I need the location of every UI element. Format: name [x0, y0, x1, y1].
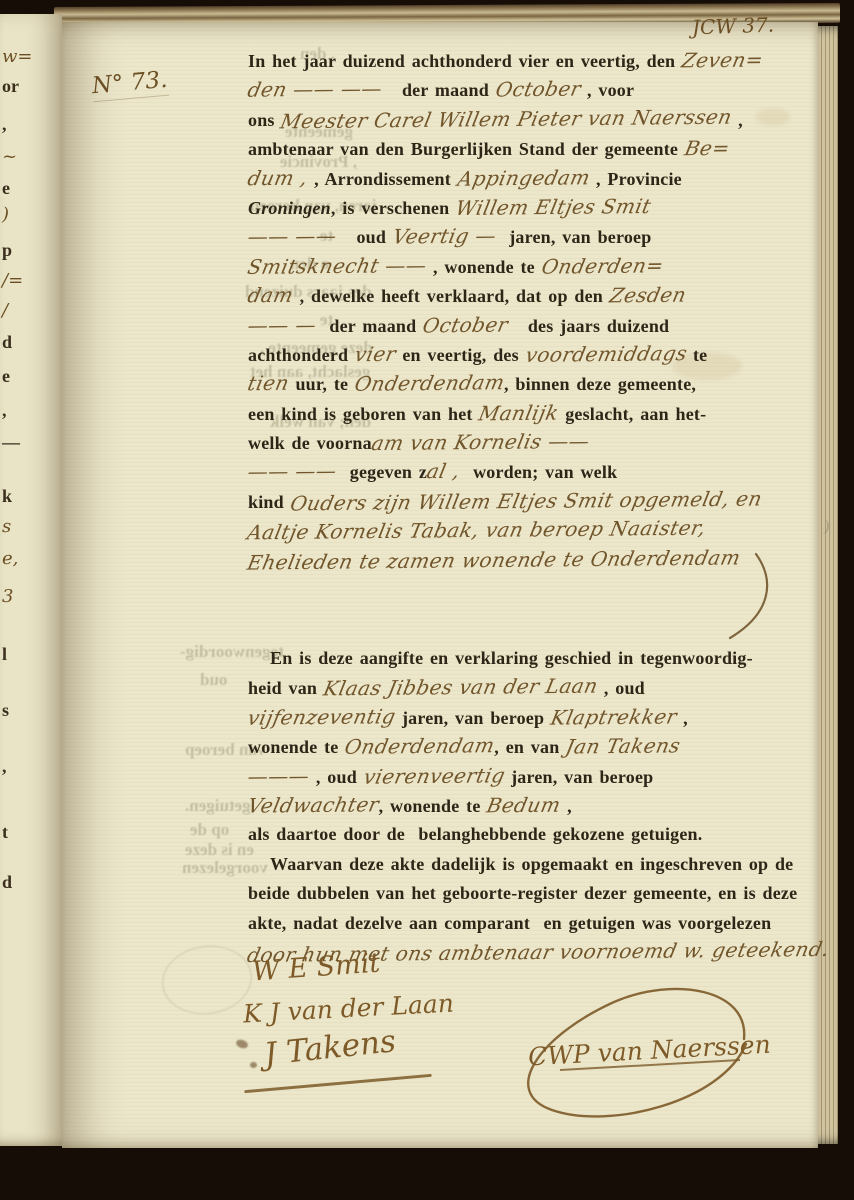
body-line: ons Meester Carel Willem Pieter van Naer…	[248, 105, 814, 134]
act-paragraph-birth-declaration: In het jaar duizend achthonderd vier en …	[248, 46, 814, 575]
printed-text: jaren, van beroep	[496, 227, 652, 247]
facing-page-text-fragment: p	[2, 240, 12, 261]
facing-page-text-fragment: e	[2, 366, 10, 387]
printed-text: ons	[248, 110, 281, 130]
body-line: den —— —— der maand October , voor	[248, 75, 814, 104]
handwritten-text: —— —	[245, 310, 319, 340]
body-line: dum , , Arrondissement Appingedam , Prov…	[248, 164, 814, 193]
handwritten-text: am van Kornelis ——	[369, 427, 592, 459]
facing-page-text-fragment: ,	[2, 400, 7, 421]
printed-text: des jaars duizend	[508, 316, 670, 336]
handwritten-text: voordemiddags	[522, 339, 689, 370]
printed-text: welk de voorna	[248, 433, 372, 453]
body-line: wonende te Onderdendam, en van Jan Taken…	[248, 732, 814, 761]
body-line: Waarvan deze akte dadelijk is opgemaakt …	[248, 850, 814, 879]
printed-text: en veertig, des	[396, 345, 526, 365]
handwritten-text: Manlijk	[476, 398, 561, 428]
body-line: Aaltje Kornelis Tabak, van beroep Naaist…	[248, 516, 814, 545]
printed-text: beide dubbelen van het geboorte-register…	[248, 883, 797, 903]
handwritten-text: Zeven=	[679, 46, 766, 76]
handwritten-text: Smitsknecht ——	[245, 251, 430, 282]
printed-text: der maand	[382, 80, 496, 100]
showthrough-text: oud	[200, 670, 227, 690]
printed-text: , Arrondissement	[307, 169, 457, 189]
pen-flourish	[718, 552, 780, 644]
act-paragraph-witnesses-closing: En is deze aangifte en verklaring geschi…	[248, 644, 814, 967]
handwritten-text: dam	[245, 281, 296, 311]
printed-text: , binnen deze gemeente,	[504, 374, 696, 394]
body-line: ambtenaar van den Burgerlijken Stand der…	[248, 134, 814, 163]
printed-text: , oud	[597, 678, 645, 698]
handwritten-text: Veertig —	[390, 222, 499, 252]
handwritten-text: vier	[352, 340, 399, 370]
body-line: dam , dewelke heeft verklaard, dat op de…	[248, 281, 814, 310]
body-line: —— — der maand October des jaars duizend	[248, 311, 814, 340]
printed-text: een kind is geboren van het	[248, 404, 479, 424]
handwritten-text: Jan Takens	[563, 732, 683, 763]
printed-text: achthonderd	[248, 345, 355, 365]
printed-text: wonende te	[248, 737, 345, 757]
printed-text: ambtenaar van den Burgerlijken Stand der…	[248, 139, 685, 159]
printed-text: , wonende te	[426, 257, 541, 277]
printed-text: te	[686, 345, 707, 365]
body-line: Groningen, is verschenen Willem Eltjes S…	[248, 193, 814, 222]
handwritten-text: October	[493, 75, 584, 105]
facing-page-text-fragment: ,	[2, 756, 7, 777]
handwritten-text: vijfenzeventig	[245, 702, 399, 733]
facing-page-text-fragment: t	[2, 822, 8, 843]
printed-text: , oud	[309, 767, 363, 787]
body-line: welk de voornaam van Kornelis ——	[248, 428, 814, 457]
printed-text: heid van	[248, 678, 324, 698]
body-line: akte, nadat dezelve aan comparant en get…	[248, 909, 814, 938]
body-line: achthonderd vier en veertig, des voordem…	[248, 340, 814, 369]
handwritten-text: Klaas Jibbes van der Laan	[321, 672, 601, 704]
handwritten-text: Onderdendam	[342, 731, 497, 762]
body-line: In het jaar duizend achthonderd vier en …	[248, 46, 814, 75]
body-line: kind Ouders zijn Willem Eltjes Smit opge…	[248, 487, 814, 516]
body-line: —— —— gegeven zal , worden; van welk	[248, 457, 814, 486]
handwritten-text: —— ——	[245, 222, 339, 252]
handwritten-text: Veldwachter	[245, 790, 382, 821]
body-line: tien uur, te Onderdendam, binnen deze ge…	[248, 369, 814, 398]
printed-text: als daartoe door de belanghebbende gekoz…	[248, 824, 702, 844]
handwritten-text: Onderdendam	[352, 369, 507, 400]
facing-page-text-fragment: l	[2, 644, 7, 665]
handwritten-text: vierenveertig	[361, 761, 508, 792]
handwritten-text: ———	[245, 761, 312, 791]
printed-text: gegeven z	[336, 462, 427, 482]
printed-text: , wonende te	[379, 796, 488, 816]
printed-text: En is deze aangifte en verklaring geschi…	[270, 648, 753, 668]
right-page-edges	[818, 26, 838, 1144]
handwritten-text: Appingedam	[455, 163, 593, 194]
facing-page-text-fragment: /	[2, 300, 8, 321]
printed-text: In het jaar duizend achthonderd vier en …	[248, 51, 682, 71]
body-line: Smitsknecht —— , wonende te Onderden=	[248, 252, 814, 281]
body-line: beide dubbelen van het geboorte-register…	[248, 879, 814, 908]
facing-page-text-fragment: ,	[2, 114, 7, 135]
handwritten-text: Aaltje Kornelis Tabak, van beroep Naaist…	[245, 514, 709, 548]
handwritten-text: October	[420, 310, 511, 340]
printed-text: kind	[248, 492, 291, 512]
printed-text: , is verschenen	[331, 198, 456, 218]
body-line: Veldwachter, wonende te Bedum ,	[248, 791, 814, 820]
printed-text: geslacht, aan het-	[559, 404, 707, 424]
handwritten-text: Meester Carel Willem Pieter van Naerssen	[278, 102, 735, 136]
facing-page-text-fragment: e,	[2, 548, 18, 569]
handwritten-text: Willem Eltjes Smit	[453, 192, 654, 223]
body-line: als daartoe door de belanghebbende gekoz…	[248, 820, 814, 849]
handwritten-text: tien	[245, 369, 292, 399]
printed-text: , voor	[580, 80, 634, 100]
showthrough-text: getuigen.	[185, 796, 251, 816]
facing-page-text-fragment: d	[2, 332, 12, 353]
handwritten-text: Zesden	[607, 281, 689, 311]
facing-page-text-fragment: ~	[2, 146, 17, 167]
facing-page-text-fragment: e	[2, 178, 10, 199]
body-line: En is deze aangifte en verklaring geschi…	[248, 644, 814, 673]
facing-page-text-fragment: 3	[2, 586, 13, 607]
handwritten-text: Be=	[682, 134, 733, 164]
ink-blot	[250, 1062, 257, 1068]
book-scan: w=or,~e)p/=/de,—kse,3ls,td , dengemeente…	[0, 0, 854, 1200]
printed-text: worden; van welk	[460, 462, 618, 482]
handwritten-text: al ,	[424, 457, 463, 487]
printed-text: akte, nadat dezelve aan comparant en get…	[248, 913, 771, 933]
printed-text: , Provincie	[589, 169, 682, 189]
printed-text: ,	[731, 110, 742, 130]
facing-page-text-fragment: k	[2, 486, 12, 507]
folio-mark: JCW 37.	[692, 13, 775, 40]
body-line: een kind is geboren van het Manlijk gesl…	[248, 399, 814, 428]
facing-page-text-fragment: —	[2, 432, 20, 453]
handwritten-text: Klaptrekker	[548, 702, 680, 733]
facing-page-text-fragment: /=	[2, 270, 23, 291]
facing-page-edge: w=or,~e)p/=/de,—kse,3ls,td	[0, 14, 62, 1146]
printed-text: oud	[336, 227, 392, 247]
printed-text: jaren, van beroep	[504, 767, 653, 787]
handwritten-text: Ehelieden te zamen wonende te Onderdenda…	[244, 543, 743, 578]
handwritten-text: Onderden=	[538, 251, 666, 282]
body-line: heid van Klaas Jibbes van der Laan , oud	[248, 673, 814, 702]
printed-text: Waarvan deze akte dadelijk is opgemaakt …	[270, 854, 793, 874]
facing-page-text-fragment: w=	[2, 46, 33, 67]
body-line: vijfenzeventig jaren, van beroep Klaptre…	[248, 703, 814, 732]
facing-page-text-fragment: s	[2, 700, 9, 721]
printed-text: der maand	[316, 316, 423, 336]
body-line: —— —— oud Veertig — jaren, van beroep	[248, 222, 814, 251]
handwritten-text: —— ——	[245, 457, 339, 487]
handwritten-text: dum ,	[245, 163, 310, 193]
printed-text: , dewelke heeft verklaard, dat op den	[293, 286, 610, 306]
printed-text: ,	[560, 796, 571, 816]
printed-text: , en van	[494, 737, 566, 757]
facing-page-text-fragment: )	[2, 204, 9, 225]
printed-text: uur, te	[289, 374, 355, 394]
printed-text: Groningen	[248, 198, 331, 218]
facing-page-text-fragment: d	[2, 872, 12, 893]
facing-page-text-fragment: s	[2, 516, 11, 537]
facing-page-text-fragment: or	[2, 76, 19, 97]
handwritten-text: den —— ——	[245, 75, 385, 106]
handwritten-text: Bedum	[484, 791, 563, 821]
showthrough-text: op de	[190, 820, 229, 840]
body-line: ——— , oud vierenveertig jaren, van beroe…	[248, 762, 814, 791]
printed-text: jaren, van beroep	[395, 708, 551, 728]
showthrough-text: en is deze	[185, 840, 254, 860]
